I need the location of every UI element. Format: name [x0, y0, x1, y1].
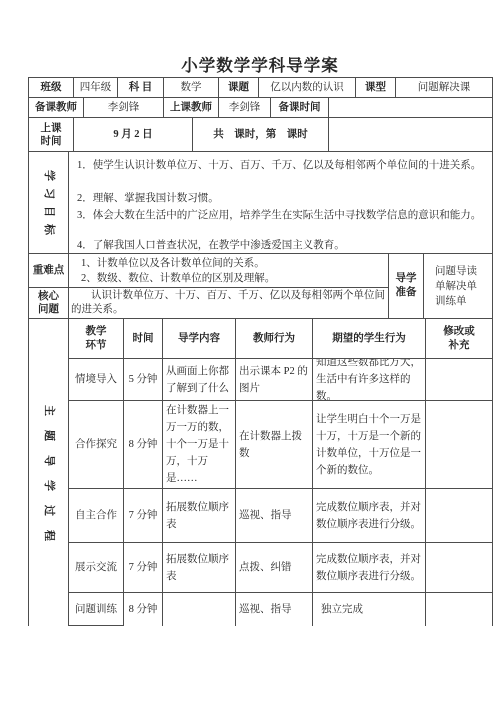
expected-cell: 完成数位顺序表，并对数位顺序表进行分级。 [313, 489, 426, 543]
key-points-row: 重难点 1、计数单位以及各计数单位间的关系。 2、数级、数位、计数单位的区别及理… [29, 254, 389, 288]
period-text: 共 课时，第 课时 [193, 118, 329, 152]
expected-cell: 完成数位顺序表，并对数位顺序表进行分级。 [313, 543, 426, 593]
process-row: 情境导入 5 分钟 从画面上你都了解到了什么 出示课本 P2 的图片 知道这些数… [69, 359, 493, 401]
core-question-label: 核心问题 [29, 288, 69, 319]
keypoints-block: 重难点 1、计数单位以及各计数单位间的关系。 2、数级、数位、计数单位的区别及理… [29, 254, 493, 319]
teaching-teacher-label: 上课教师 [164, 98, 219, 118]
process-side-label: 主题导学过程 [29, 319, 69, 626]
teacher-cell: 巡视、指导 [236, 593, 313, 626]
prep-teacher-value: 李剑锋 [84, 98, 164, 118]
content-cell: 在计数器上一万一万的数，十个一万是十万，十万是…… [163, 401, 236, 489]
stage-cell: 展示交流 [69, 543, 124, 593]
col-header-content: 导学内容 [163, 319, 236, 359]
teacher-cell: 巡视、指导 [236, 489, 313, 543]
class-time-label: 上课时间 [29, 118, 74, 152]
objectives-content: 1．使学生认识计数单位万、十万、百万、千万、亿以及每相邻两个单位间的十进关系。 … [69, 152, 493, 254]
document-page: 小学数学学科导学案 班级 四年级 科 目 数学 课题 亿以内数的认识 课型 问题… [0, 0, 500, 708]
time-cell: 8 分钟 [124, 401, 163, 489]
col-header-time: 时间 [124, 319, 163, 359]
prep-materials-label: 导学准备 [389, 254, 424, 319]
keypoints-core-stack: 重难点 1、计数单位以及各计数单位间的关系。 2、数级、数位、计数单位的区别及理… [29, 254, 389, 319]
stage-cell: 合作探究 [69, 401, 124, 489]
topic-label: 课题 [219, 78, 259, 98]
expected-cell: 让学生明白十个一万是十万，十万是一个新的计数单位，十万位是一个新的数位。 [313, 401, 426, 489]
key-point-item: 2、数级、数位、计数单位的区别及理解。 [69, 271, 388, 286]
prep-materials-value: 问题导读单解决单训练单 [424, 254, 493, 319]
objectives-row: 学习目标 1．使学生认识计数单位万、十万、百万、千万、亿以及每相邻两个单位间的十… [29, 152, 493, 254]
objective-item: 3．体会大数在生活中的广泛应用，培养学生在实际生活中寻找数学信息的意识和能力。 [71, 207, 490, 224]
col-header-stage: 教学环节 [69, 319, 124, 359]
teacher-cell: 出示课本 P2 的图片 [236, 359, 313, 401]
time-cell: 7 分钟 [124, 543, 163, 593]
class-label: 班级 [29, 78, 74, 98]
stage-cell: 问题训练 [69, 593, 124, 626]
process-table: 教学环节 时间 导学内容 教师行为 期望的学生行为 修改或补充 情境导入 5 分… [69, 319, 493, 626]
key-points-content: 1、计数单位以及各计数单位间的关系。 2、数级、数位、计数单位的区别及理解。 [69, 254, 389, 288]
process-header-row: 教学环节 时间 导学内容 教师行为 期望的学生行为 修改或补充 [69, 319, 493, 359]
objective-item: 4．了解我国人口普查状况，在教学中渗透爱国主义教育。 [71, 237, 490, 254]
class-time-extra [329, 118, 493, 152]
time-cell: 7 分钟 [124, 489, 163, 543]
process-row: 问题训练 8 分钟 巡视、指导 独立完成 [69, 593, 493, 626]
notes-cell [426, 489, 493, 543]
expected-cell: 独立完成 [313, 593, 426, 626]
content-cell: 拓展数位顺序表 [163, 489, 236, 543]
col-header-expected: 期望的学生行为 [313, 319, 426, 359]
prep-time-label: 备课时间 [271, 98, 329, 118]
process-block: 主题导学过程 教学环节 时间 导学内容 教师行为 期望的学生行为 修改或补充 情… [29, 319, 493, 626]
topic-value: 亿以内数的认识 [259, 78, 356, 98]
col-header-teacher: 教师行为 [236, 319, 313, 359]
core-question-content: 认识计数单位万、十万、百万、千万、亿以及每相邻两个单位间的进关系。 [69, 288, 389, 319]
content-cell [163, 593, 236, 626]
notes-cell [426, 543, 493, 593]
expected-cell: 知道这些数都比万大，生活中有许多这样的数。 [313, 359, 426, 401]
course-type-label: 课型 [356, 78, 396, 98]
info-row-class-time: 上课时间 9 月 2 日 共 课时，第 课时 [29, 118, 493, 152]
objectives-label: 学习目标 [29, 152, 69, 254]
info-row-class: 班级 四年级 科 目 数学 课题 亿以内数的认识 课型 问题解决课 [29, 78, 493, 98]
content-cell: 拓展数位顺序表 [163, 543, 236, 593]
info-row-teachers: 备课教师 李剑锋 上课教师 李剑锋 备课时间 [29, 98, 493, 118]
content-cell: 从画面上你都了解到了什么 [163, 359, 236, 401]
time-cell: 5 分钟 [124, 359, 163, 401]
teacher-cell: 点拨、纠错 [236, 543, 313, 593]
key-point-item: 1、计数单位以及各计数单位间的关系。 [69, 256, 388, 271]
key-points-label: 重难点 [29, 254, 69, 288]
time-cell: 8 分钟 [124, 593, 163, 626]
prep-time-value [329, 98, 493, 118]
core-question-row: 核心问题 认识计数单位万、十万、百万、千万、亿以及每相邻两个单位间的进关系。 [29, 288, 389, 319]
objective-item: 1．使学生认识计数单位万、十万、百万、千万、亿以及每相邻两个单位间的十进关系。 [71, 157, 490, 174]
process-row: 合作探究 8 分钟 在计数器上一万一万的数，十个一万是十万，十万是…… 在计数器… [69, 401, 493, 489]
subject-value: 数学 [164, 78, 219, 98]
notes-cell [426, 593, 493, 626]
teacher-cell: 在计数器上拨数 [236, 401, 313, 489]
process-row: 展示交流 7 分钟 拓展数位顺序表 点拨、纠错 完成数位顺序表，并对数位顺序表进… [69, 543, 493, 593]
teaching-teacher-value: 李剑锋 [219, 98, 271, 118]
col-header-notes: 修改或补充 [426, 319, 493, 359]
stage-cell: 情境导入 [69, 359, 124, 401]
prep-teacher-label: 备课教师 [29, 98, 84, 118]
objective-item: 2．理解、掌握我国计数习惯。 [71, 190, 490, 207]
notes-cell [426, 401, 493, 489]
class-value: 四年级 [74, 78, 118, 98]
course-type-value: 问题解决课 [396, 78, 493, 98]
page-title: 小学数学学科导学案 [28, 52, 492, 76]
lesson-plan-table: 班级 四年级 科 目 数学 课题 亿以内数的认识 课型 问题解决课 备课教师 李… [28, 77, 493, 626]
class-date-value: 9 月 2 日 [74, 118, 193, 152]
subject-label: 科 目 [118, 78, 164, 98]
stage-cell: 自主合作 [69, 489, 124, 543]
notes-cell [426, 359, 493, 401]
process-row: 自主合作 7 分钟 拓展数位顺序表 巡视、指导 完成数位顺序表，并对数位顺序表进… [69, 489, 493, 543]
